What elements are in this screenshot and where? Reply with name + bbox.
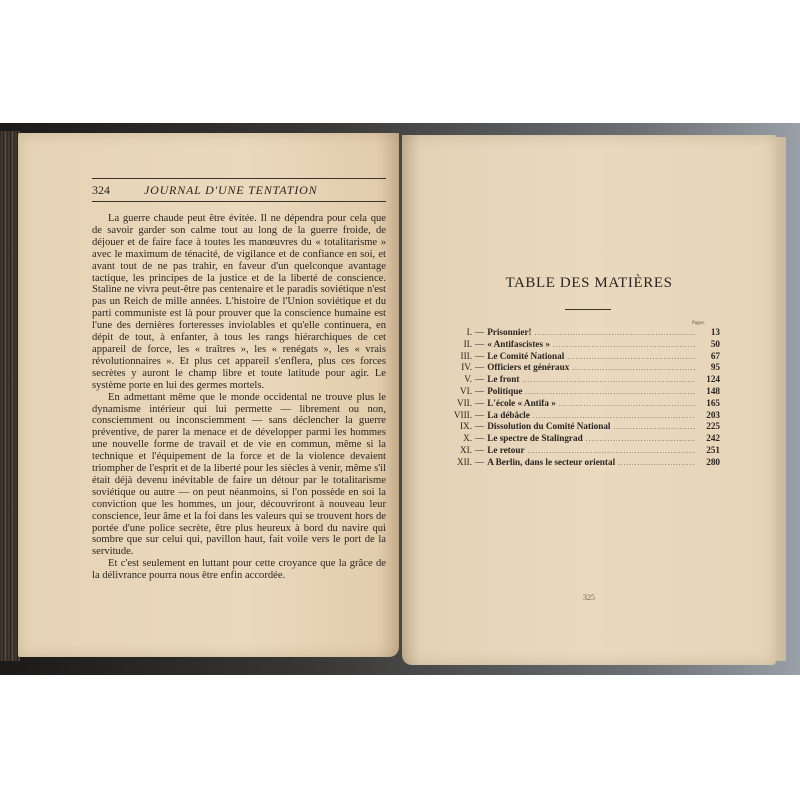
- toc-entry-dash: —: [475, 362, 487, 373]
- page-number-left: 324: [92, 183, 122, 198]
- toc-entry-page: 124: [698, 374, 720, 385]
- paragraph: En admettant même que le monde occidenta…: [92, 392, 386, 559]
- toc-entry-number: X.: [444, 433, 475, 444]
- running-title: JOURNAL D'UNE TENTATION: [122, 183, 317, 198]
- toc-entry-label: L'école « Antifa »: [487, 398, 556, 409]
- toc-entry-page: 95: [698, 362, 720, 373]
- toc-entry-dash: —: [475, 339, 487, 350]
- toc-entry-number: VII.: [444, 398, 475, 409]
- toc-entry: XI. — Le retour 251: [444, 445, 720, 457]
- book-scan: 324 JOURNAL D'UNE TENTATION La guerre ch…: [0, 123, 800, 675]
- toc-entry-dash: —: [475, 374, 487, 385]
- running-head: 324 JOURNAL D'UNE TENTATION: [92, 178, 386, 202]
- toc-leader-dots: [535, 328, 695, 339]
- toc-entry-number: III.: [444, 351, 475, 362]
- toc-entry-label: A Berlin, dans le secteur oriental: [487, 457, 615, 468]
- toc-entry: I. — Prisonnier! 13: [444, 327, 720, 339]
- toc-entry: X. — Le spectre de Stalingrad 242: [444, 433, 720, 445]
- toc-leader-dots: [553, 340, 695, 351]
- toc-leader-dots: [618, 458, 695, 469]
- toc-leader-dots: [613, 422, 695, 433]
- toc-entry-dash: —: [475, 398, 487, 409]
- toc-entry-dash: —: [475, 433, 487, 444]
- toc-entry-label: Le front: [487, 374, 519, 385]
- toc-entry-number: XI.: [444, 445, 475, 456]
- toc-entry-dash: —: [475, 351, 487, 362]
- toc-entry-dash: —: [475, 327, 487, 338]
- toc-entry-dash: —: [475, 445, 487, 456]
- toc-entry-label: Le retour: [487, 445, 524, 456]
- toc-entry: IX. — Dissolution du Comité National 225: [444, 421, 720, 433]
- toc-entry-dash: —: [475, 457, 487, 468]
- toc-entry-number: VIII.: [444, 410, 475, 421]
- toc-entry-number: II.: [444, 339, 475, 350]
- toc-entry-page: 251: [698, 445, 720, 456]
- toc-entry: III. — Le Comité National 67: [444, 351, 720, 363]
- toc-title-rule: [565, 309, 611, 310]
- toc-entry: VIII. — La débâcle 203: [444, 410, 720, 422]
- toc-entry: II. — « Antifascistes » 50: [444, 339, 720, 351]
- toc-entry-number: VI.: [444, 386, 475, 397]
- paragraph: La guerre chaude peut être évitée. Il ne…: [92, 213, 386, 392]
- toc-leader-dots: [567, 352, 695, 363]
- toc-list: I. — Prisonnier! 13 II. — « Antifasciste…: [444, 327, 720, 469]
- toc-entry: IV. — Officiers et généraux 95: [444, 362, 720, 374]
- toc-entry-label: Dissolution du Comité National: [487, 421, 610, 432]
- page-edges-left: [0, 131, 20, 661]
- toc-title: TABLE DES MATIÈRES: [402, 275, 776, 292]
- toc-entry-dash: —: [475, 386, 487, 397]
- right-page: TABLE DES MATIÈRES Pages. I. — Prisonnie…: [402, 135, 776, 665]
- toc-entry-label: Le Comité National: [487, 351, 564, 362]
- toc-entry-page: 148: [698, 386, 720, 397]
- page-number-right: 325: [402, 593, 776, 602]
- toc-entry-label: La débâcle: [487, 410, 530, 421]
- toc-entry-label: Prisonnier!: [487, 327, 531, 338]
- toc-entry-page: 225: [698, 421, 720, 432]
- toc-entry: VII. — L'école « Antifa » 165: [444, 398, 720, 410]
- body-text: La guerre chaude peut être évitée. Il ne…: [92, 213, 386, 582]
- toc-leader-dots: [559, 399, 695, 410]
- toc-entry-dash: —: [475, 421, 487, 432]
- toc-entry-label: Politique: [487, 386, 522, 397]
- toc-entry-page: 242: [698, 433, 720, 444]
- toc-entry-page: 165: [698, 398, 720, 409]
- toc-entry-number: XII.: [444, 457, 475, 468]
- toc-leader-dots: [572, 363, 695, 374]
- toc-leader-dots: [525, 387, 695, 398]
- toc-entry-number: IV.: [444, 362, 475, 373]
- left-page: 324 JOURNAL D'UNE TENTATION La guerre ch…: [18, 133, 399, 657]
- toc-entry: XII. — A Berlin, dans le secteur orienta…: [444, 457, 720, 469]
- paragraph: Et c'est seulement en luttant pour cette…: [92, 558, 386, 582]
- toc-entry-page: 13: [698, 327, 720, 338]
- toc-leader-dots: [522, 375, 695, 386]
- toc-entry-dash: —: [475, 410, 487, 421]
- toc-entry: VI. — Politique 148: [444, 386, 720, 398]
- toc-entry-page: 203: [698, 410, 720, 421]
- toc-entry-label: Officiers et généraux: [487, 362, 569, 373]
- toc-leader-dots: [533, 411, 695, 422]
- toc-entry-page: 280: [698, 457, 720, 468]
- toc-entry: V. — Le front 124: [444, 374, 720, 386]
- toc-entry-label: « Antifascistes »: [487, 339, 550, 350]
- toc-entry-number: I.: [444, 327, 475, 338]
- toc-entry-number: V.: [444, 374, 475, 385]
- toc-pages-label: Pages.: [692, 321, 705, 326]
- toc-entry-page: 67: [698, 351, 720, 362]
- toc-entry-number: IX.: [444, 421, 475, 432]
- toc-leader-dots: [586, 434, 695, 445]
- toc-entry-label: Le spectre de Stalingrad: [487, 433, 583, 444]
- toc-entry-page: 50: [698, 339, 720, 350]
- toc-leader-dots: [528, 446, 695, 457]
